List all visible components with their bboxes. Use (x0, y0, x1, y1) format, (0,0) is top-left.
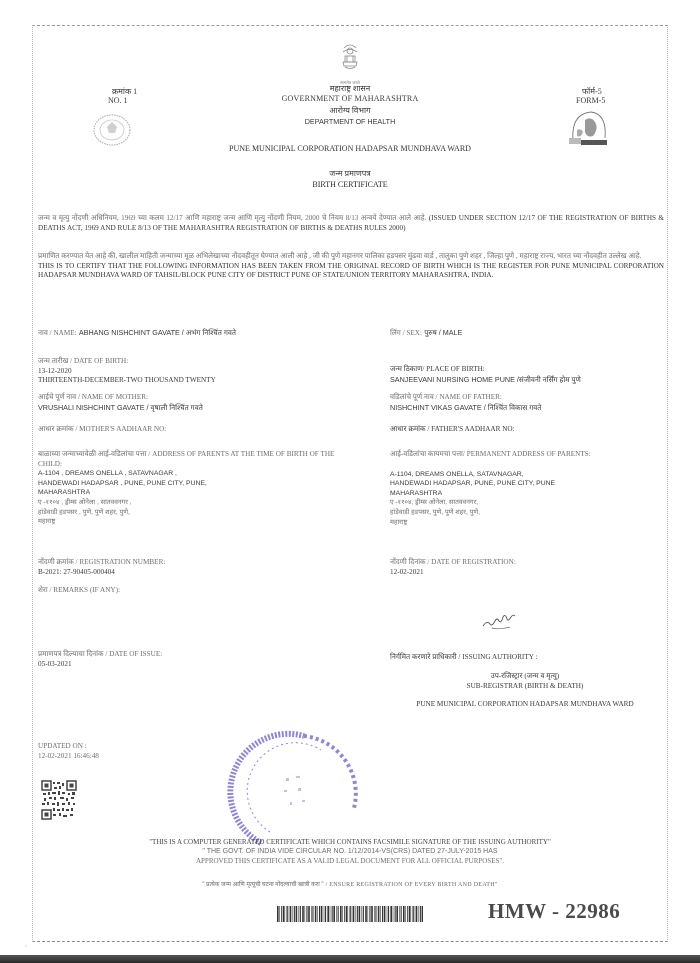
issuing-authority-title: उप-रजिस्ट्रार (जन्म व मृत्यु) SUB-REGIST… (380, 672, 670, 691)
registration-number-field: नोंदणी क्रमांक / REGISTRATION NUMBER: B-… (38, 558, 358, 577)
permanent-address-mr: ए -११०४, ड्रीम्स ओनेला, सातववनगर, हांडेव… (390, 498, 670, 527)
issue-date-label: प्रमाणपत्र दिल्याचा दिनांक / DATE OF ISS… (38, 650, 358, 660)
issued-under-text: जन्म व मृत्यु नोंदणी अधिनियम, 1969 च्या … (38, 214, 664, 233)
sex-field: लिंग / SEX: पुरुष / MALE (390, 328, 670, 338)
updated-on-label: UPDATED ON : (38, 742, 99, 752)
registration-date-value: 12-02-2021 (390, 568, 670, 578)
registration-slogan: " प्रत्येक जन्म आणि मृत्यूची घटना नोंदल्… (90, 880, 610, 888)
pob-field: जन्म ठिकाण/ PLACE OF BIRTH: SANJEEVANI N… (390, 365, 670, 384)
address-at-birth-field: बाळाच्या जन्माच्यावेळी आई-वडिलांचा पत्ता… (38, 450, 358, 527)
sex-label: लिंग / SEX: (390, 329, 422, 337)
registration-date-label: नोंदणी दिनांक / DATE OF REGISTRATION: (390, 558, 670, 568)
dob-field: जन्म तारीख / DATE OF BIRTH: 13-12-2020 T… (38, 357, 358, 386)
computer-generated-note: "THIS IS A COMPUTER GENERATED CERTIFICAT… (60, 838, 640, 866)
govt-name-en: GOVERNMENT OF MAHARASHTRA (250, 94, 450, 103)
sex-value: पुरुष / MALE (424, 328, 462, 337)
qr-code-icon[interactable] (41, 780, 77, 820)
dob-label: जन्म तारीख / DATE OF BIRTH: (38, 357, 358, 367)
issuing-authority-office: PUNE MUNICIPAL CORPORATION HADAPSAR MUND… (390, 700, 660, 710)
child-name-value: ABHANG NISHCHINT GAVATE / अभंग निश्चिंत … (79, 328, 236, 337)
registration-date-field: नोंदणी दिनांक / DATE OF REGISTRATION: 12… (390, 558, 670, 577)
dob-value: 13-12-2020 (38, 367, 358, 377)
certification-text: प्रमाणित करण्यात येत आहे की, खालील माहित… (38, 252, 664, 281)
serial-label-en: NO. 1 (108, 96, 128, 105)
signature-icon (480, 610, 520, 632)
updated-on: UPDATED ON : 12-02-2021 16:46:48 (38, 742, 99, 761)
child-name-label: नाव / NAME: (38, 329, 77, 337)
registration-number-label: नोंदणी क्रमांक / REGISTRATION NUMBER: (38, 558, 358, 568)
mother-name-field: आईचे पूर्ण नाव / NAME OF MOTHER: VRUSHAL… (38, 393, 358, 412)
updated-on-value: 12-02-2021 16:46:48 (38, 752, 99, 762)
address-at-birth-en: A-1104 , DREAMS ONELLA , SATAVNAGAR , HA… (38, 469, 358, 498)
mother-name-label: आईचे पूर्ण नाव / NAME OF MOTHER: (38, 393, 358, 403)
dob-words: THIRTEENTH-DECEMBER-TWO THOUSAND TWENTY (38, 376, 358, 386)
corner-mark: ◦ (24, 943, 28, 950)
issue-date-field: प्रमाणपत्र दिल्याचा दिनांक / DATE OF ISS… (38, 650, 358, 669)
mother-name-value: VRUSHALI NISHCHINT GAVATE / वृषाली निश्च… (38, 403, 358, 413)
address-at-birth-mr: ए -११०४ , ड्रीम्स ओनेला , सातववनगर , हां… (38, 498, 358, 527)
dept-name-mr: आरोग्य विभाग (250, 105, 450, 116)
permanent-address-field: आई-वडिलांचा कायमचा पत्ता/ PERMANENT ADDR… (390, 450, 670, 527)
permanent-address-label: आई-वडिलांचा कायमचा पत्ता/ PERMANENT ADDR… (390, 450, 670, 460)
govt-name-mr: महाराष्ट्र शासन (250, 83, 450, 94)
father-name-value: NISHCHINT VIKAS GAVATE / निश्चिंत विकास … (390, 403, 670, 413)
permanent-address-en: A-1104, DREAMS ONELLA, SATAVNAGAR, HANDE… (390, 470, 670, 499)
pmc-seal-icon (92, 113, 132, 147)
registration-number-value: B-2021: 27-90405-000404 (38, 568, 358, 578)
certificate-title-en: BIRTH CERTIFICATE (250, 180, 450, 189)
father-name-label: वडिलांचे पूर्ण नाव / NAME OF FATHER: (390, 393, 670, 403)
dept-name-en: DEPARTMENT OF HEALTH (250, 117, 450, 126)
issuing-authority-label: निर्गमित करणारे प्राधिकारी / ISSUING AUT… (390, 652, 670, 662)
health-logo-icon (567, 108, 609, 148)
corporation-name: PUNE MUNICIPAL CORPORATION HADAPSAR MUND… (150, 144, 550, 153)
child-name-field: नाव / NAME: ABHANG NISHCHINT GAVATE / अभ… (38, 328, 358, 338)
form-label-en: FORM-5 (576, 96, 605, 105)
mother-aadhaar-label: आधार क्रमांक / MOTHER'S AADHAAR NO: (38, 424, 358, 434)
father-name-field: वडिलांचे पूर्ण नाव / NAME OF FATHER: NIS… (390, 393, 670, 412)
certificate-title-mr: जन्म प्रमाणपत्र (250, 168, 450, 179)
remarks-label: शेरा / REMARKS (IF ANY): (38, 585, 358, 595)
address-at-birth-label: बाळाच्या जन्माच्यावेळी आई-वडिलांचा पत्ता… (38, 450, 358, 469)
pob-value: SANJEEVANI NURSING HOME PUNE /संजीवनी नर… (390, 375, 670, 385)
barcode-icon (277, 906, 423, 922)
father-aadhaar-label: आधार क्रमांक / FATHER'S AADHAAR NO: (390, 424, 670, 434)
pob-label: जन्म ठिकाण/ PLACE OF BIRTH: (390, 365, 670, 375)
scan-edge-shadow (0, 955, 700, 963)
issue-date-value: 05-03-2021 (38, 660, 358, 670)
certificate-serial-code: HMW - 22986 (488, 899, 620, 924)
national-emblem-icon (334, 42, 366, 78)
